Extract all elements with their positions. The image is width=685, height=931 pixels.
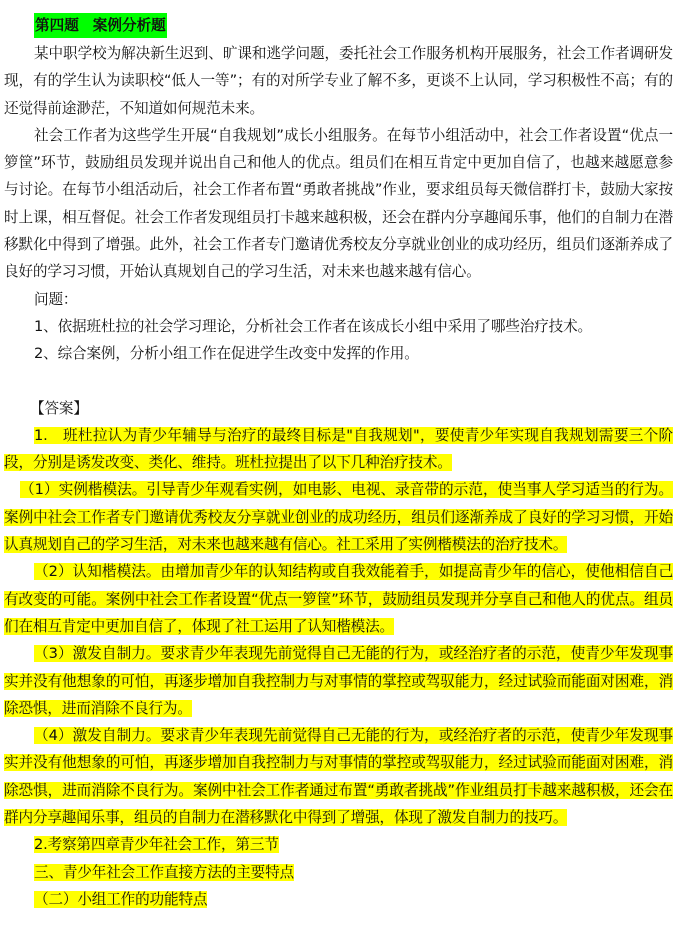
question-1: 1、依据班杜拉的社会学习理论，分析社会工作者在该成长小组中采用了哪些治疗技术。 xyxy=(4,313,673,340)
answer-text-5: （4）激发自制力。要求青少年表现先前觉得自己无能的行为，或经治疗者的示范，使青少… xyxy=(4,727,673,826)
answer-text-2: （1）实例楷模法。引导青少年观看实例，如电影、电视、录音带的示范，使当事人学习适… xyxy=(4,481,673,553)
section-name: 案例分析题 xyxy=(93,13,166,38)
case-paragraph-2: 社会工作者为这些学生开展“自我规划”成长小组服务。在每节小组活动中，社会工作者设… xyxy=(4,122,673,286)
case-paragraph-1: 某中职学校为解决新生迟到、旷课和逃学问题，委托社会工作服务机构开展服务，社会工作… xyxy=(4,40,673,122)
section-title-highlight: 第四题案例分析题 xyxy=(34,13,167,38)
reference-line-3: （二）小组工作的功能特点 xyxy=(4,886,673,913)
questions-heading: 问题： xyxy=(4,286,673,313)
reference-line-2: 三、青少年社会工作直接方法的主要特点 xyxy=(4,859,673,886)
answer-paragraph-3: （2）认知楷模法。由增加青少年的认知结构或自我效能着手，如提高青少年的信心，使他… xyxy=(4,558,673,640)
reference-text-3: （二）小组工作的功能特点 xyxy=(34,891,207,908)
reference-line-1: 2.考察第四章青少年社会工作，第三节 xyxy=(4,831,673,858)
answer-text-1: 1. 班杜拉认为青少年辅导与治疗的最终目标是"自我规划"，要使青少年实现自我规划… xyxy=(4,427,673,471)
answer-paragraph-1: 1. 班杜拉认为青少年辅导与治疗的最终目标是"自我规划"，要使青少年实现自我规划… xyxy=(4,422,673,477)
answer-heading: 【答案】 xyxy=(4,395,673,422)
answer-paragraph-2: （1）实例楷模法。引导青少年观看实例，如电影、电视、录音带的示范，使当事人学习适… xyxy=(4,476,673,558)
answer-text-3: （2）认知楷模法。由增加青少年的认知结构或自我效能着手，如提高青少年的信心，使他… xyxy=(4,563,673,635)
spacer xyxy=(4,368,673,395)
answer-text-4: （3）激发自制力。要求青少年表现先前觉得自己无能的行为，或经治疗者的示范，使青少… xyxy=(4,645,673,717)
answer-paragraph-5: （4）激发自制力。要求青少年表现先前觉得自己无能的行为，或经治疗者的示范，使青少… xyxy=(4,722,673,831)
section-title: 第四题案例分析题 xyxy=(4,13,673,40)
section-number: 第四题 xyxy=(35,13,79,38)
answer-paragraph-4: （3）激发自制力。要求青少年表现先前觉得自己无能的行为，或经治疗者的示范，使青少… xyxy=(4,640,673,722)
question-2: 2、综合案例，分析小组工作在促进学生改变中发挥的作用。 xyxy=(4,340,673,367)
reference-text-1: 2.考察第四章青少年社会工作，第三节 xyxy=(34,836,279,853)
reference-text-2: 三、青少年社会工作直接方法的主要特点 xyxy=(34,864,294,881)
document-page: 第四题案例分析题 某中职学校为解决新生迟到、旷课和逃学问题，委托社会工作服务机构… xyxy=(4,13,673,913)
